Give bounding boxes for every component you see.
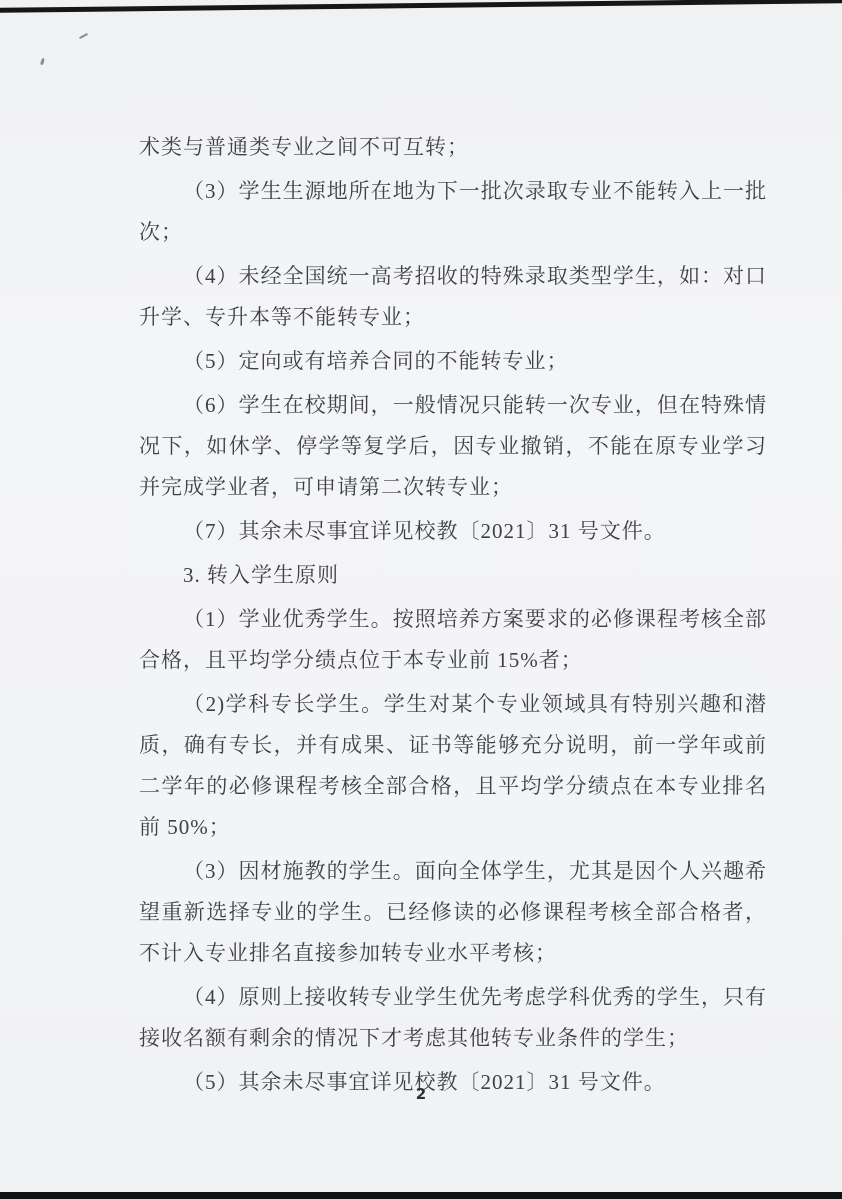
scan-speck bbox=[79, 33, 88, 39]
paragraph: （1）学业优秀学生。按照培养方案要求的必修课程考核全部合格，且平均学分绩点位于本… bbox=[139, 599, 767, 681]
paragraph: （3）学生生源地所在地为下一批次录取专业不能转入上一批次； bbox=[139, 171, 767, 253]
scan-edge-top bbox=[0, 0, 842, 13]
section-heading: 3. 转入学生原则 bbox=[139, 555, 767, 596]
scan-speck bbox=[40, 58, 45, 66]
paragraph: （5）定向或有培养合同的不能转专业； bbox=[139, 341, 767, 382]
paragraph: （3）因材施教的学生。面向全体学生，尤其是因个人兴趣希望重新选择专业的学生。已经… bbox=[139, 851, 767, 974]
paragraph: （4）原则上接收转专业学生优先考虑学科优秀的学生，只有接收名额有剩余的情况下才考… bbox=[139, 977, 767, 1059]
scanned-document-page: 术类与普通类专业之间不可互转； （3）学生生源地所在地为下一批次录取专业不能转入… bbox=[0, 0, 842, 1199]
paragraph: （4）未经全国统一高考招收的特殊录取类型学生，如：对口升学、专升本等不能转专业； bbox=[139, 256, 767, 338]
paragraph: （7）其余未尽事宜详见校教〔2021〕31 号文件。 bbox=[139, 511, 767, 552]
paragraph: （6）学生在校期间，一般情况只能转一次专业，但在特殊情况下，如休学、停学等复学后… bbox=[139, 385, 767, 508]
paragraph: （2)学科专长学生。学生对某个专业领域具有特别兴趣和潜质，确有专长，并有成果、证… bbox=[139, 684, 767, 848]
paragraph: 术类与普通类专业之间不可互转； bbox=[139, 127, 767, 168]
page-number: 2 bbox=[0, 1085, 842, 1103]
document-body-text: 术类与普通类专业之间不可互转； （3）学生生源地所在地为下一批次录取专业不能转入… bbox=[139, 127, 767, 1106]
scan-edge-bottom bbox=[0, 1192, 842, 1199]
